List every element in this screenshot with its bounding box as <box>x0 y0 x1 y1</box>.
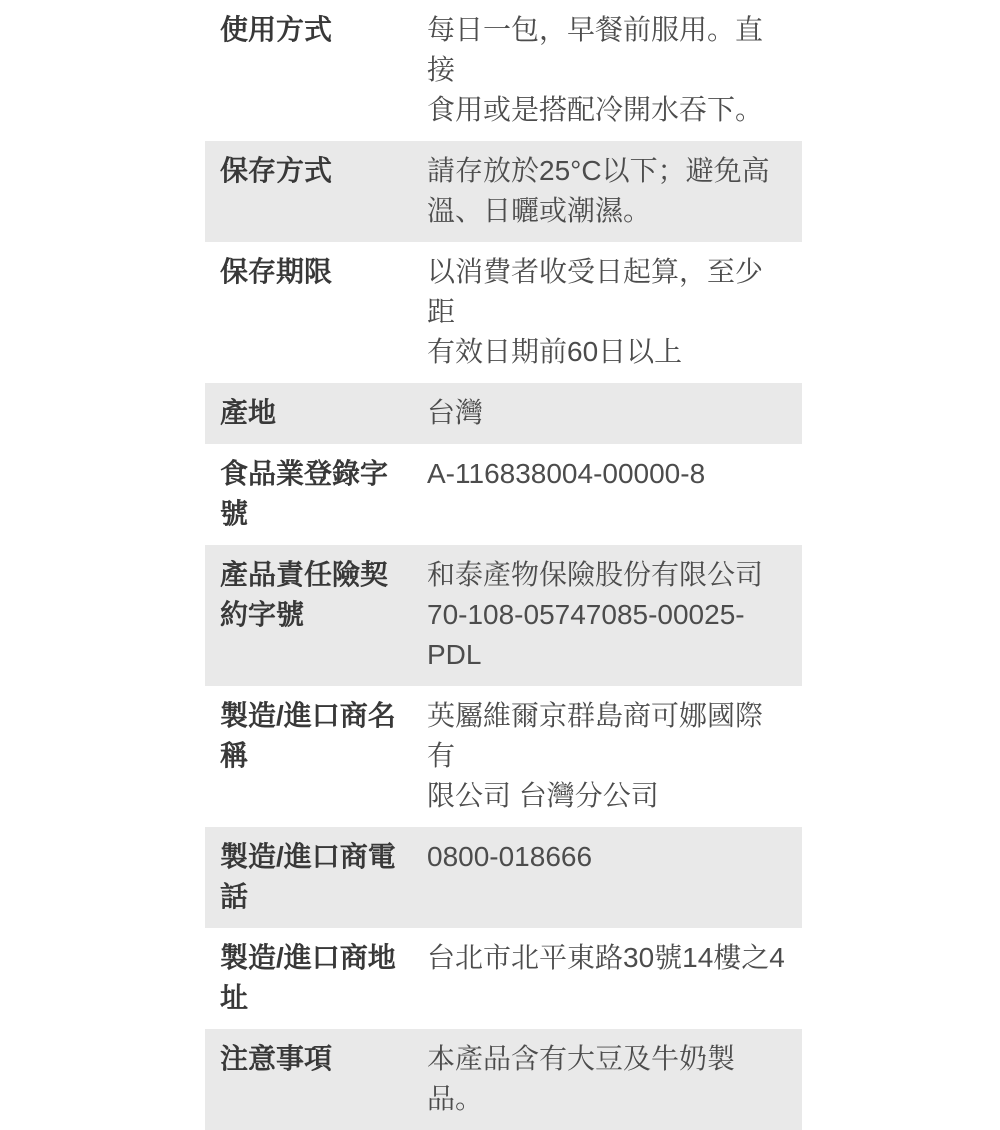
row-food-registration-number-value: A-116838004-00000-8 <box>427 454 802 494</box>
row-shelf-life: 保存期限 以消費者收受日起算，至少距 有效日期前60日以上 <box>205 242 802 383</box>
row-usage-value: 每日一包，早餐前服用。直接 食用或是搭配冷開水吞下。 <box>427 10 802 130</box>
row-usage-label: 使用方式 <box>205 10 427 50</box>
row-manufacturer-address-label: 製造/進口商地 址 <box>205 938 427 1000</box>
row-storage-method: 保存方式 請存放於25°C以下；避免高 溫、日曬或潮濕。 <box>205 141 802 242</box>
row-food-registration-number-label: 食品業登錄字 號 <box>205 454 427 534</box>
row-manufacturer-phone: 製造/進口商電 話 0800-018666 <box>205 827 802 928</box>
row-origin-label: 產地 <box>205 393 427 433</box>
row-manufacturer-phone-value: 0800-018666 <box>427 837 802 877</box>
row-origin: 產地 台灣 <box>205 383 802 444</box>
row-storage-method-value: 請存放於25°C以下；避免高 溫、日曬或潮濕。 <box>427 151 802 231</box>
product-spec-table: 使用方式 每日一包，早餐前服用。直接 食用或是搭配冷開水吞下。 保存方式 請存放… <box>205 0 802 1000</box>
row-manufacturer-phone-label: 製造/進口商電 話 <box>205 837 427 917</box>
row-manufacturer-name-value: 英屬維爾京群島商可娜國際有 限公司 台灣分公司 <box>427 696 802 816</box>
row-usage: 使用方式 每日一包，早餐前服用。直接 食用或是搭配冷開水吞下。 <box>205 0 802 141</box>
row-food-registration-number: 食品業登錄字 號 A-116838004-00000-8 <box>205 444 802 545</box>
row-liability-insurance-number: 產品責任險契 約字號 和泰產物保險股份有限公司 70-108-05747085-… <box>205 545 802 686</box>
row-shelf-life-value: 以消費者收受日起算，至少距 有效日期前60日以上 <box>427 252 802 372</box>
row-manufacturer-address: 製造/進口商地 址 台北市北平東路30號14樓之4 <box>205 928 802 1000</box>
row-shelf-life-label: 保存期限 <box>205 252 427 292</box>
row-manufacturer-name-label: 製造/進口商名 稱 <box>205 696 427 776</box>
row-storage-method-label: 保存方式 <box>205 151 427 191</box>
row-origin-value: 台灣 <box>427 393 802 433</box>
row-liability-insurance-number-value: 和泰產物保險股份有限公司 70-108-05747085-00025- PDL <box>427 555 802 675</box>
row-manufacturer-name: 製造/進口商名 稱 英屬維爾京群島商可娜國際有 限公司 台灣分公司 <box>205 686 802 827</box>
row-manufacturer-address-value: 台北市北平東路30號14樓之4 <box>427 938 802 978</box>
row-liability-insurance-number-label: 產品責任險契 約字號 <box>205 555 427 635</box>
